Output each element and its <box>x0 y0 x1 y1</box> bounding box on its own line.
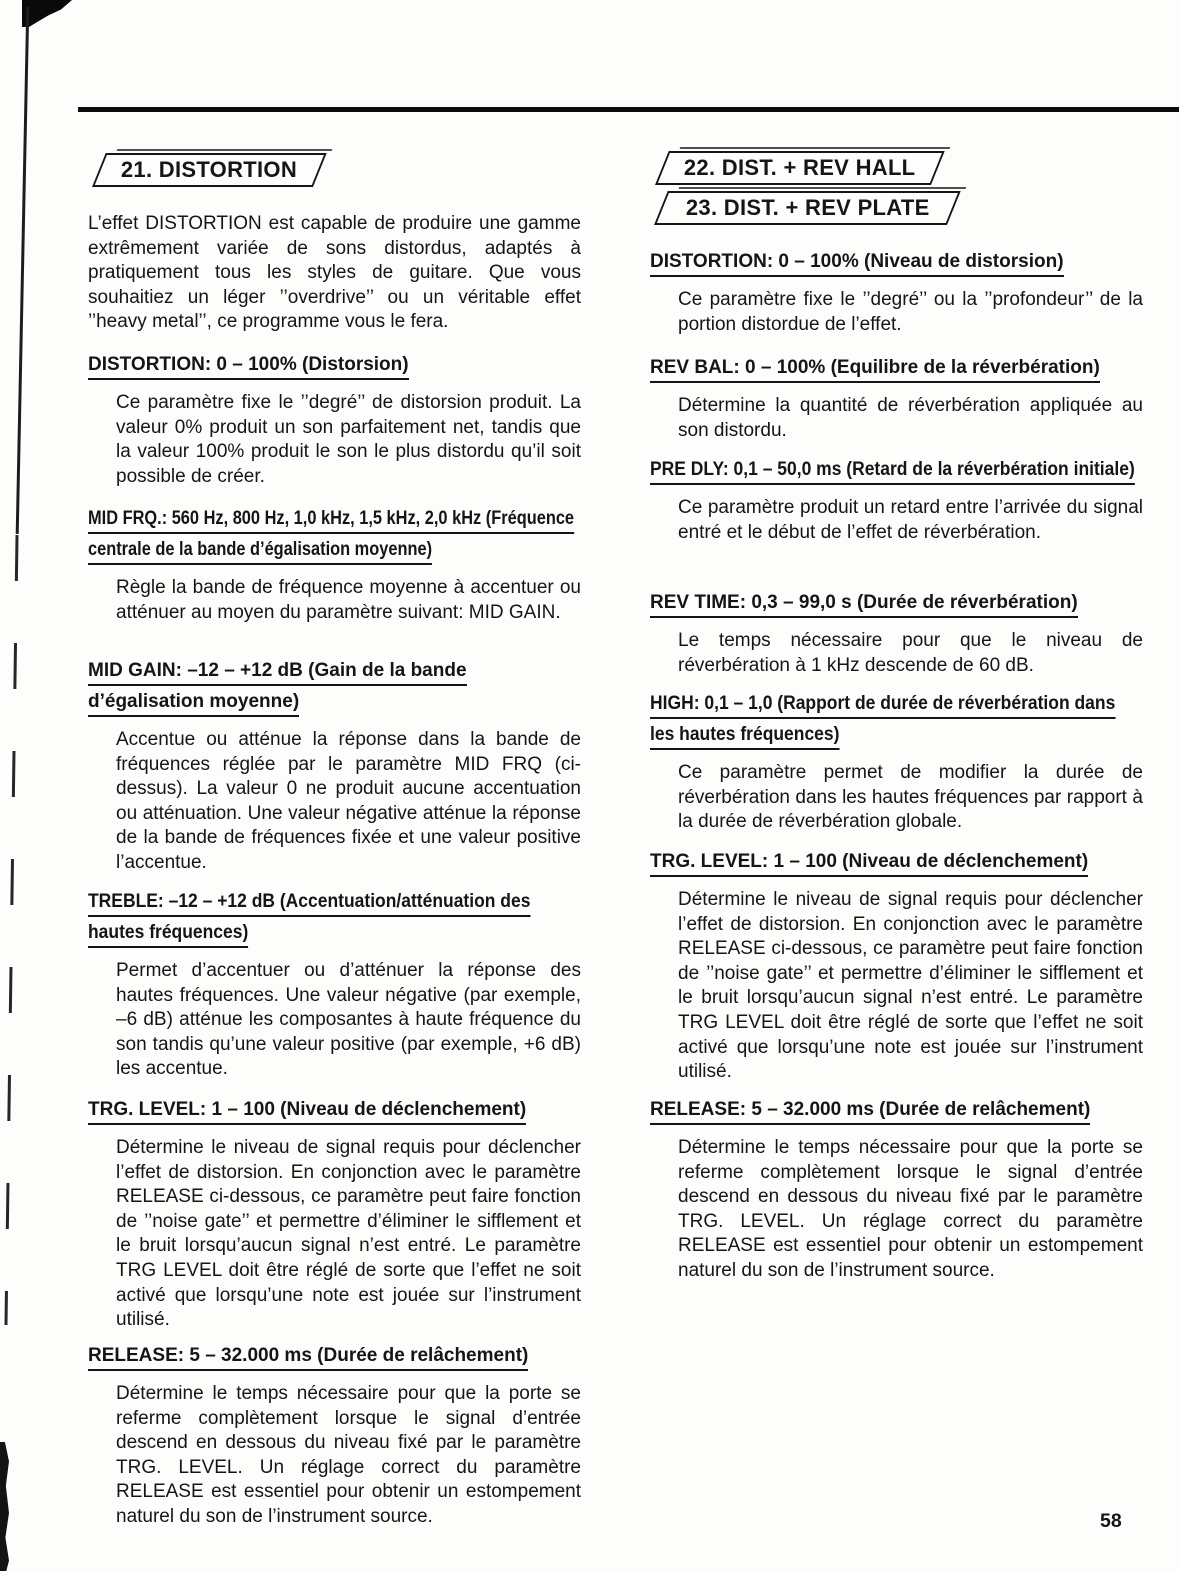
param-heading: PRE DLY: 0,1 – 50,0 ms (Retard de la rév… <box>650 454 1143 485</box>
param-heading: DISTORTION: 0 – 100% (Niveau de distorsi… <box>650 246 1143 277</box>
param-heading: TRG. LEVEL: 1 – 100 (Niveau de déclenche… <box>88 1094 581 1125</box>
page-number: 58 <box>1100 1510 1122 1533</box>
param-description: Détermine le niveau de signal requis pou… <box>678 888 1143 1085</box>
param-description: Le temps nécessaire pour que le niveau d… <box>678 629 1143 678</box>
param-heading: RELEASE: 5 – 32.000 ms (Durée de relâche… <box>88 1340 581 1371</box>
param-heading: REV BAL: 0 – 100% (Equilibre de la réver… <box>650 352 1143 383</box>
top-rule <box>78 107 1179 112</box>
param-description: Détermine le temps nécessaire pour que l… <box>678 1136 1143 1284</box>
param-description: Détermine la quantité de réverbération a… <box>678 394 1143 443</box>
scan-artifact-edge-line <box>16 6 29 534</box>
param-description: Ce paramètre produit un retard entre l’a… <box>678 496 1143 545</box>
param-heading: RELEASE: 5 – 32.000 ms (Durée de relâche… <box>650 1094 1143 1125</box>
param-description: Ce paramètre permet de modifier la durée… <box>678 761 1143 835</box>
scan-artifact-corner <box>22 0 72 27</box>
program-badge-label: 22. DIST. + REV HALL <box>684 155 916 181</box>
param-section-rev-bal: REV BAL: 0 – 100% (Equilibre de la réver… <box>650 352 1143 443</box>
param-section-release: RELEASE: 5 – 32.000 ms (Durée de relâche… <box>88 1340 581 1530</box>
param-heading: MID FRQ.: 560 Hz, 800 Hz, 1,0 kHz, 1,5 k… <box>88 503 581 565</box>
program-badge-23: 23. DIST. + REV PLATE <box>654 191 961 225</box>
param-description: Ce paramètre fixe le ’’degré’’ de distor… <box>116 391 581 489</box>
program-badge-label: 21. DISTORTION <box>121 157 297 183</box>
param-heading: TRG. LEVEL: 1 – 100 (Niveau de déclenche… <box>650 846 1143 877</box>
param-description: Ce paramètre fixe le ’’degré’’ ou la ’’p… <box>678 288 1143 337</box>
param-section-trg-level-r: TRG. LEVEL: 1 – 100 (Niveau de déclenche… <box>650 846 1143 1085</box>
intro-paragraph: L’effet DISTORTION est capable de produi… <box>88 212 581 335</box>
param-description: Permet d’accentuer ou d’atténuer la répo… <box>116 959 581 1082</box>
param-section-high: HIGH: 0,1 – 1,0 (Rapport de durée de rév… <box>650 688 1143 835</box>
param-heading: DISTORTION: 0 – 100% (Distorsion) <box>88 349 581 380</box>
program-badge-21: 21. DISTORTION <box>92 153 327 187</box>
param-section-release-r: RELEASE: 5 – 32.000 ms (Durée de relâche… <box>650 1094 1143 1284</box>
param-section-treble: TREBLE: –12 – +12 dB (Accentuation/attén… <box>88 886 581 1082</box>
param-description: Règle la bande de fréquence moyenne à ac… <box>116 576 581 625</box>
param-section-pre-dly: PRE DLY: 0,1 – 50,0 ms (Retard de la rév… <box>650 454 1143 545</box>
param-section-distortion-r: DISTORTION: 0 – 100% (Niveau de distorsi… <box>650 246 1143 337</box>
param-heading: REV TIME: 0,3 – 99,0 s (Durée de réverbé… <box>650 587 1143 618</box>
program-badge-label: 23. DIST. + REV PLATE <box>686 195 930 221</box>
param-heading: MID GAIN: –12 – +12 dB (Gain de la bande… <box>88 655 581 717</box>
param-section-distortion: DISTORTION: 0 – 100% (Distorsion) Ce par… <box>88 349 581 489</box>
scan-artifact-edge-dashes <box>4 535 18 1325</box>
param-section-rev-time: REV TIME: 0,3 – 99,0 s (Durée de réverbé… <box>650 587 1143 678</box>
param-section-mid-gain: MID GAIN: –12 – +12 dB (Gain de la bande… <box>88 655 581 876</box>
param-heading: TREBLE: –12 – +12 dB (Accentuation/attén… <box>88 886 581 948</box>
scan-artifact-bottom-strip <box>0 1442 9 1571</box>
param-section-mid-frq: MID FRQ.: 560 Hz, 800 Hz, 1,0 kHz, 1,5 k… <box>88 503 581 625</box>
manual-page: 21. DISTORTION 22. DIST. + REV HALL 23. … <box>0 0 1179 1571</box>
param-heading: HIGH: 0,1 – 1,0 (Rapport de durée de rév… <box>650 688 1143 750</box>
param-description: Accentue ou atténue la réponse dans la b… <box>116 728 581 876</box>
param-section-trg-level: TRG. LEVEL: 1 – 100 (Niveau de déclenche… <box>88 1094 581 1333</box>
program-badge-22: 22. DIST. + REV HALL <box>655 151 945 185</box>
param-description: Détermine le temps nécessaire pour que l… <box>116 1382 581 1530</box>
param-description: Détermine le niveau de signal requis pou… <box>116 1136 581 1333</box>
